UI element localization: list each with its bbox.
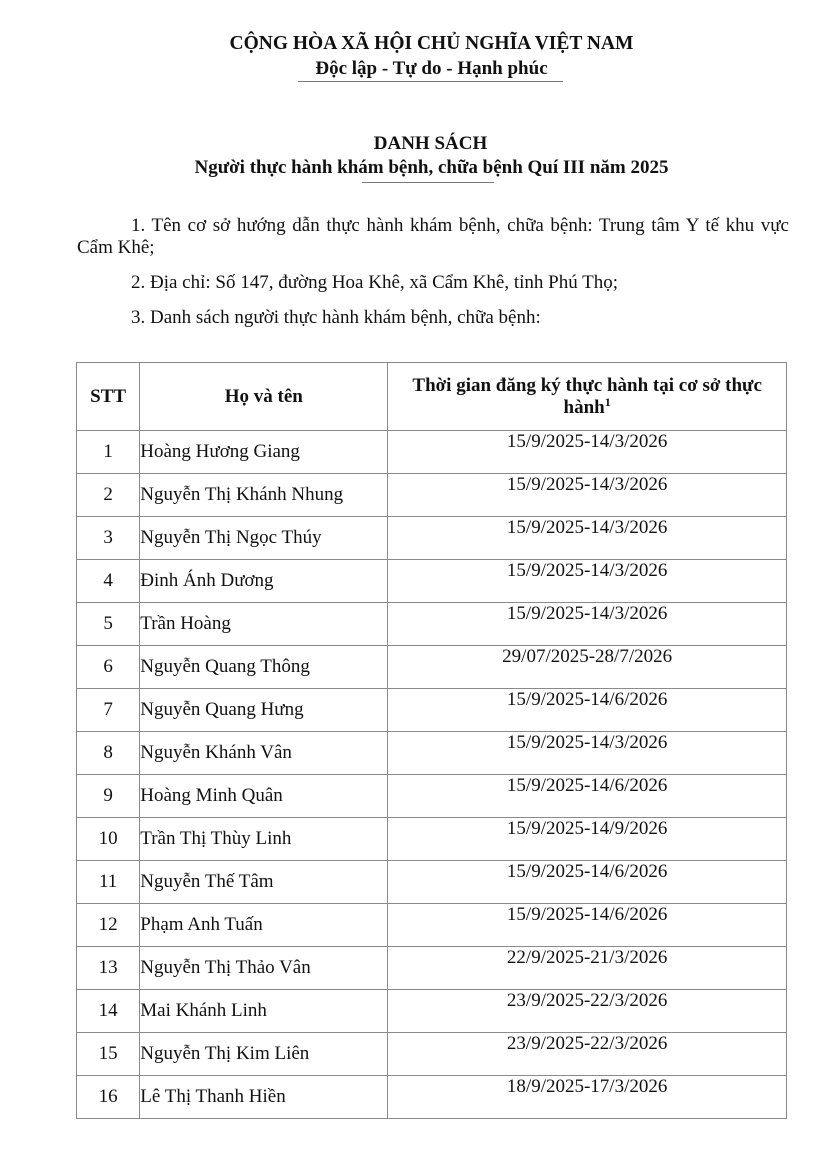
document-page: CỘNG HÒA XÃ HỘI CHỦ NGHĨA VIỆT NAM Độc l…	[0, 0, 827, 1170]
table-body: 1Hoàng Hương Giang15/9/2025-14/3/20262Ng…	[77, 431, 787, 1119]
motto: Độc lập - Tự do - Hạnh phúc	[0, 58, 827, 80]
document-title: DANH SÁCH	[0, 133, 827, 155]
table-row: 6Nguyễn Quang Thông29/07/2025-28/7/2026	[77, 646, 787, 689]
row-time: 15/9/2025-14/6/2026	[388, 689, 787, 732]
table-row: 7Nguyễn Quang Hưng15/9/2025-14/6/2026	[77, 689, 787, 732]
row-time: 15/9/2025-14/3/2026	[388, 732, 787, 775]
subtitle-rule	[362, 182, 494, 183]
header-stt: STT	[77, 363, 140, 431]
header-time: Thời gian đăng ký thực hành tại cơ sở th…	[388, 363, 787, 431]
row-time: 23/9/2025-22/3/2026	[388, 990, 787, 1033]
table-row: 9Hoàng Minh Quân15/9/2025-14/6/2026	[77, 775, 787, 818]
row-name: Nguyễn Quang Hưng	[140, 689, 388, 732]
row-name: Trần Thị Thùy Linh	[140, 818, 388, 861]
row-stt: 13	[77, 947, 140, 990]
row-name: Lê Thị Thanh Hiền	[140, 1076, 388, 1119]
table-header-row: STT Họ và tên Thời gian đăng ký thực hàn…	[77, 363, 787, 431]
row-stt: 5	[77, 603, 140, 646]
row-time: 15/9/2025-14/9/2026	[388, 818, 787, 861]
table-row: 8Nguyễn Khánh Vân15/9/2025-14/3/2026	[77, 732, 787, 775]
row-time: 29/07/2025-28/7/2026	[388, 646, 787, 689]
table-row: 16Lê Thị Thanh Hiền18/9/2025-17/3/2026	[77, 1076, 787, 1119]
row-name: Nguyễn Thị Ngọc Thúy	[140, 517, 388, 560]
row-stt: 3	[77, 517, 140, 560]
row-stt: 10	[77, 818, 140, 861]
row-time: 15/9/2025-14/6/2026	[388, 861, 787, 904]
row-stt: 7	[77, 689, 140, 732]
row-stt: 14	[77, 990, 140, 1033]
row-name: Hoàng Minh Quân	[140, 775, 388, 818]
row-name: Nguyễn Thị Thảo Vân	[140, 947, 388, 990]
row-name: Đinh Ánh Dương	[140, 560, 388, 603]
header-time-label: Thời gian đăng ký thực hành tại cơ sở th…	[412, 375, 761, 418]
row-name: Nguyễn Thế Tâm	[140, 861, 388, 904]
row-time: 18/9/2025-17/3/2026	[388, 1076, 787, 1119]
row-time: 15/9/2025-14/3/2026	[388, 431, 787, 474]
row-stt: 1	[77, 431, 140, 474]
row-time: 22/9/2025-21/3/2026	[388, 947, 787, 990]
table-row: 10Trần Thị Thùy Linh15/9/2025-14/9/2026	[77, 818, 787, 861]
row-time: 23/9/2025-22/3/2026	[388, 1033, 787, 1076]
table-row: 4Đinh Ánh Dương15/9/2025-14/3/2026	[77, 560, 787, 603]
row-name: Nguyễn Thị Khánh Nhung	[140, 474, 388, 517]
row-time: 15/9/2025-14/3/2026	[388, 474, 787, 517]
paragraph-list-intro: 3. Danh sách người thực hành khám bệnh, …	[77, 307, 789, 329]
paragraph-facility-name: 1. Tên cơ sở hướng dẫn thực hành khám bệ…	[77, 215, 789, 259]
table-row: 5Trần Hoàng15/9/2025-14/3/2026	[77, 603, 787, 646]
table-row: 3Nguyễn Thị Ngọc Thúy15/9/2025-14/3/2026	[77, 517, 787, 560]
row-stt: 2	[77, 474, 140, 517]
table-row: 13Nguyễn Thị Thảo Vân22/9/2025-21/3/2026	[77, 947, 787, 990]
row-time: 15/9/2025-14/3/2026	[388, 560, 787, 603]
motto-underline	[298, 81, 563, 82]
national-title: CỘNG HÒA XÃ HỘI CHỦ NGHĨA VIỆT NAM	[0, 33, 827, 55]
row-stt: 11	[77, 861, 140, 904]
row-stt: 9	[77, 775, 140, 818]
row-time: 15/9/2025-14/6/2026	[388, 904, 787, 947]
row-stt: 15	[77, 1033, 140, 1076]
table-row: 15Nguyễn Thị Kim Liên23/9/2025-22/3/2026	[77, 1033, 787, 1076]
row-stt: 16	[77, 1076, 140, 1119]
row-name: Trần Hoàng	[140, 603, 388, 646]
header-name: Họ và tên	[140, 363, 388, 431]
table-row: 14Mai Khánh Linh23/9/2025-22/3/2026	[77, 990, 787, 1033]
row-time: 15/9/2025-14/6/2026	[388, 775, 787, 818]
document-subtitle: Người thực hành khám bệnh, chữa bệnh Quí…	[0, 157, 827, 179]
row-name: Nguyễn Thị Kim Liên	[140, 1033, 388, 1076]
row-name: Nguyễn Khánh Vân	[140, 732, 388, 775]
row-time: 15/9/2025-14/3/2026	[388, 517, 787, 560]
row-stt: 12	[77, 904, 140, 947]
row-name: Hoàng Hương Giang	[140, 431, 388, 474]
row-stt: 8	[77, 732, 140, 775]
practitioner-table: STT Họ và tên Thời gian đăng ký thực hàn…	[76, 362, 787, 1119]
footnote-marker: 1	[605, 395, 611, 409]
table-row: 11Nguyễn Thế Tâm15/9/2025-14/6/2026	[77, 861, 787, 904]
table-row: 12Phạm Anh Tuấn15/9/2025-14/6/2026	[77, 904, 787, 947]
row-stt: 6	[77, 646, 140, 689]
row-time: 15/9/2025-14/3/2026	[388, 603, 787, 646]
table-row: 1Hoàng Hương Giang15/9/2025-14/3/2026	[77, 431, 787, 474]
row-name: Phạm Anh Tuấn	[140, 904, 388, 947]
row-stt: 4	[77, 560, 140, 603]
paragraph-address: 2. Địa chỉ: Số 147, đường Hoa Khê, xã Cẩ…	[77, 272, 789, 294]
row-name: Nguyễn Quang Thông	[140, 646, 388, 689]
table-row: 2Nguyễn Thị Khánh Nhung15/9/2025-14/3/20…	[77, 474, 787, 517]
row-name: Mai Khánh Linh	[140, 990, 388, 1033]
